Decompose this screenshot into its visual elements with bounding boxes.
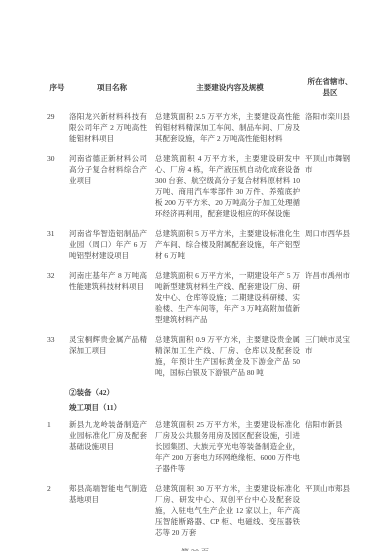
- table-row: 2 郏县高端智能电气制造基地项目 总建筑面积 30 万平方米，主要建设标准化厂房…: [45, 483, 355, 538]
- table-row: 30 河南省德正新材料公司高分子复合材料综合产业项目 总建筑面积 4 万平方米，…: [45, 153, 355, 219]
- project-scope-cell: 总建筑面积 25 万平方米，主要建设标准化厂房及公共服务用房及园区配套设施，引进…: [155, 419, 305, 474]
- row-number-cell: 30: [45, 153, 69, 219]
- row-number-cell: 29: [45, 111, 69, 144]
- project-location-cell: 三门峡市灵宝市: [305, 334, 355, 378]
- project-name-cell: 郏县高端智能电气制造基地项目: [69, 483, 155, 538]
- project-scope-cell: 总建筑面积 6 万平方米，一期建设年产 5 万吨新型建筑材料生产线、配套建设厂房…: [155, 270, 305, 325]
- project-name-cell: 河南庄基年产 8 万吨高性能建筑科技材料项目: [69, 270, 155, 325]
- row-number-cell: 31: [45, 228, 69, 261]
- project-location-cell: 许昌市禹州市: [305, 270, 355, 325]
- row-number-cell: 32: [45, 270, 69, 325]
- document-page: 序号 项目名称 主要建设内容及规模 所在省辖市、县区 29 洛阳龙兴新材料科技有…: [0, 0, 390, 551]
- project-name-cell: 灵宝桐辉贵金属产品精深加工项目: [69, 334, 155, 378]
- header-project-name: 项目名称: [69, 82, 155, 93]
- project-location-cell: 平顶山市郏县: [305, 483, 355, 538]
- project-name-cell: 新县九龙岭装备制造产业园标准化厂房及配套基础设施项目: [69, 419, 155, 474]
- project-name-cell: 洛阳龙兴新材料科技有限公司年产 2 万吨高性能钼材料项目: [69, 111, 155, 144]
- project-location-cell: 平顶山市舞钢市: [305, 153, 355, 219]
- project-name-cell: 河南省德正新材料公司高分子复合材料综合产业项目: [69, 153, 155, 219]
- project-name-cell: 河南省华智造铝制品产业园（周口）年产 6 万吨铝型材建设项目: [69, 228, 155, 261]
- section-heading-equipment: ②装备（42）: [69, 387, 355, 398]
- row-number-cell: 1: [45, 419, 69, 474]
- table-row: 29 洛阳龙兴新材料科技有限公司年产 2 万吨高性能钼材料项目 总建筑面积 2.…: [45, 111, 355, 144]
- page-number: 第 30 页: [35, 547, 355, 551]
- table-row: 33 灵宝桐辉贵金属产品精深加工项目 总建筑面积 0.9 万平方米，主要建设贵金…: [45, 334, 355, 378]
- table-row: 32 河南庄基年产 8 万吨高性能建筑科技材料项目 总建筑面积 6 万平方米，一…: [45, 270, 355, 325]
- project-location-cell: 周口市西华县: [305, 228, 355, 261]
- header-content-scale: 主要建设内容及规模: [155, 82, 305, 93]
- project-scope-cell: 总建筑面积 0.9 万平方米，主要建设贵金属精深加工生产线、厂房、仓库以及配套设…: [155, 334, 305, 378]
- project-location-cell: 信阳市新县: [305, 419, 355, 474]
- row-number-cell: 33: [45, 334, 69, 378]
- project-scope-cell: 总建筑面积 30 万平方米，主要建设标准化厂房、研发中心、双创平台中心及配套设施…: [155, 483, 305, 538]
- table-header-row: 序号 项目名称 主要建设内容及规模 所在省辖市、县区: [45, 76, 355, 98]
- project-scope-cell: 总建筑面积 2.5 万平方米，主要建设高性能钨钼材料精深加工车间、制品车间、厂房…: [155, 111, 305, 144]
- header-no: 序号: [45, 82, 69, 93]
- table-row: 1 新县九龙岭装备制造产业园标准化厂房及配套基础设施项目 总建筑面积 25 万平…: [45, 419, 355, 474]
- row-number-cell: 2: [45, 483, 69, 538]
- project-scope-cell: 总建筑面积 4 万平方米，主要建设研发中心、厂房 4 栋，年产液压机自动化成套设…: [155, 153, 305, 219]
- project-location-cell: 洛阳市栾川县: [305, 111, 355, 144]
- subsection-heading-completed-projects: 竣工项目（11）: [69, 402, 355, 413]
- table-row: 31 河南省华智造铝制品产业园（周口）年产 6 万吨铝型材建设项目 总建筑面积 …: [45, 228, 355, 261]
- project-scope-cell: 总建筑面积 5 万平方米，主要建设标准化生产车间、综合楼及附属配套设施，年产铝型…: [155, 228, 305, 261]
- header-location: 所在省辖市、县区: [305, 76, 355, 98]
